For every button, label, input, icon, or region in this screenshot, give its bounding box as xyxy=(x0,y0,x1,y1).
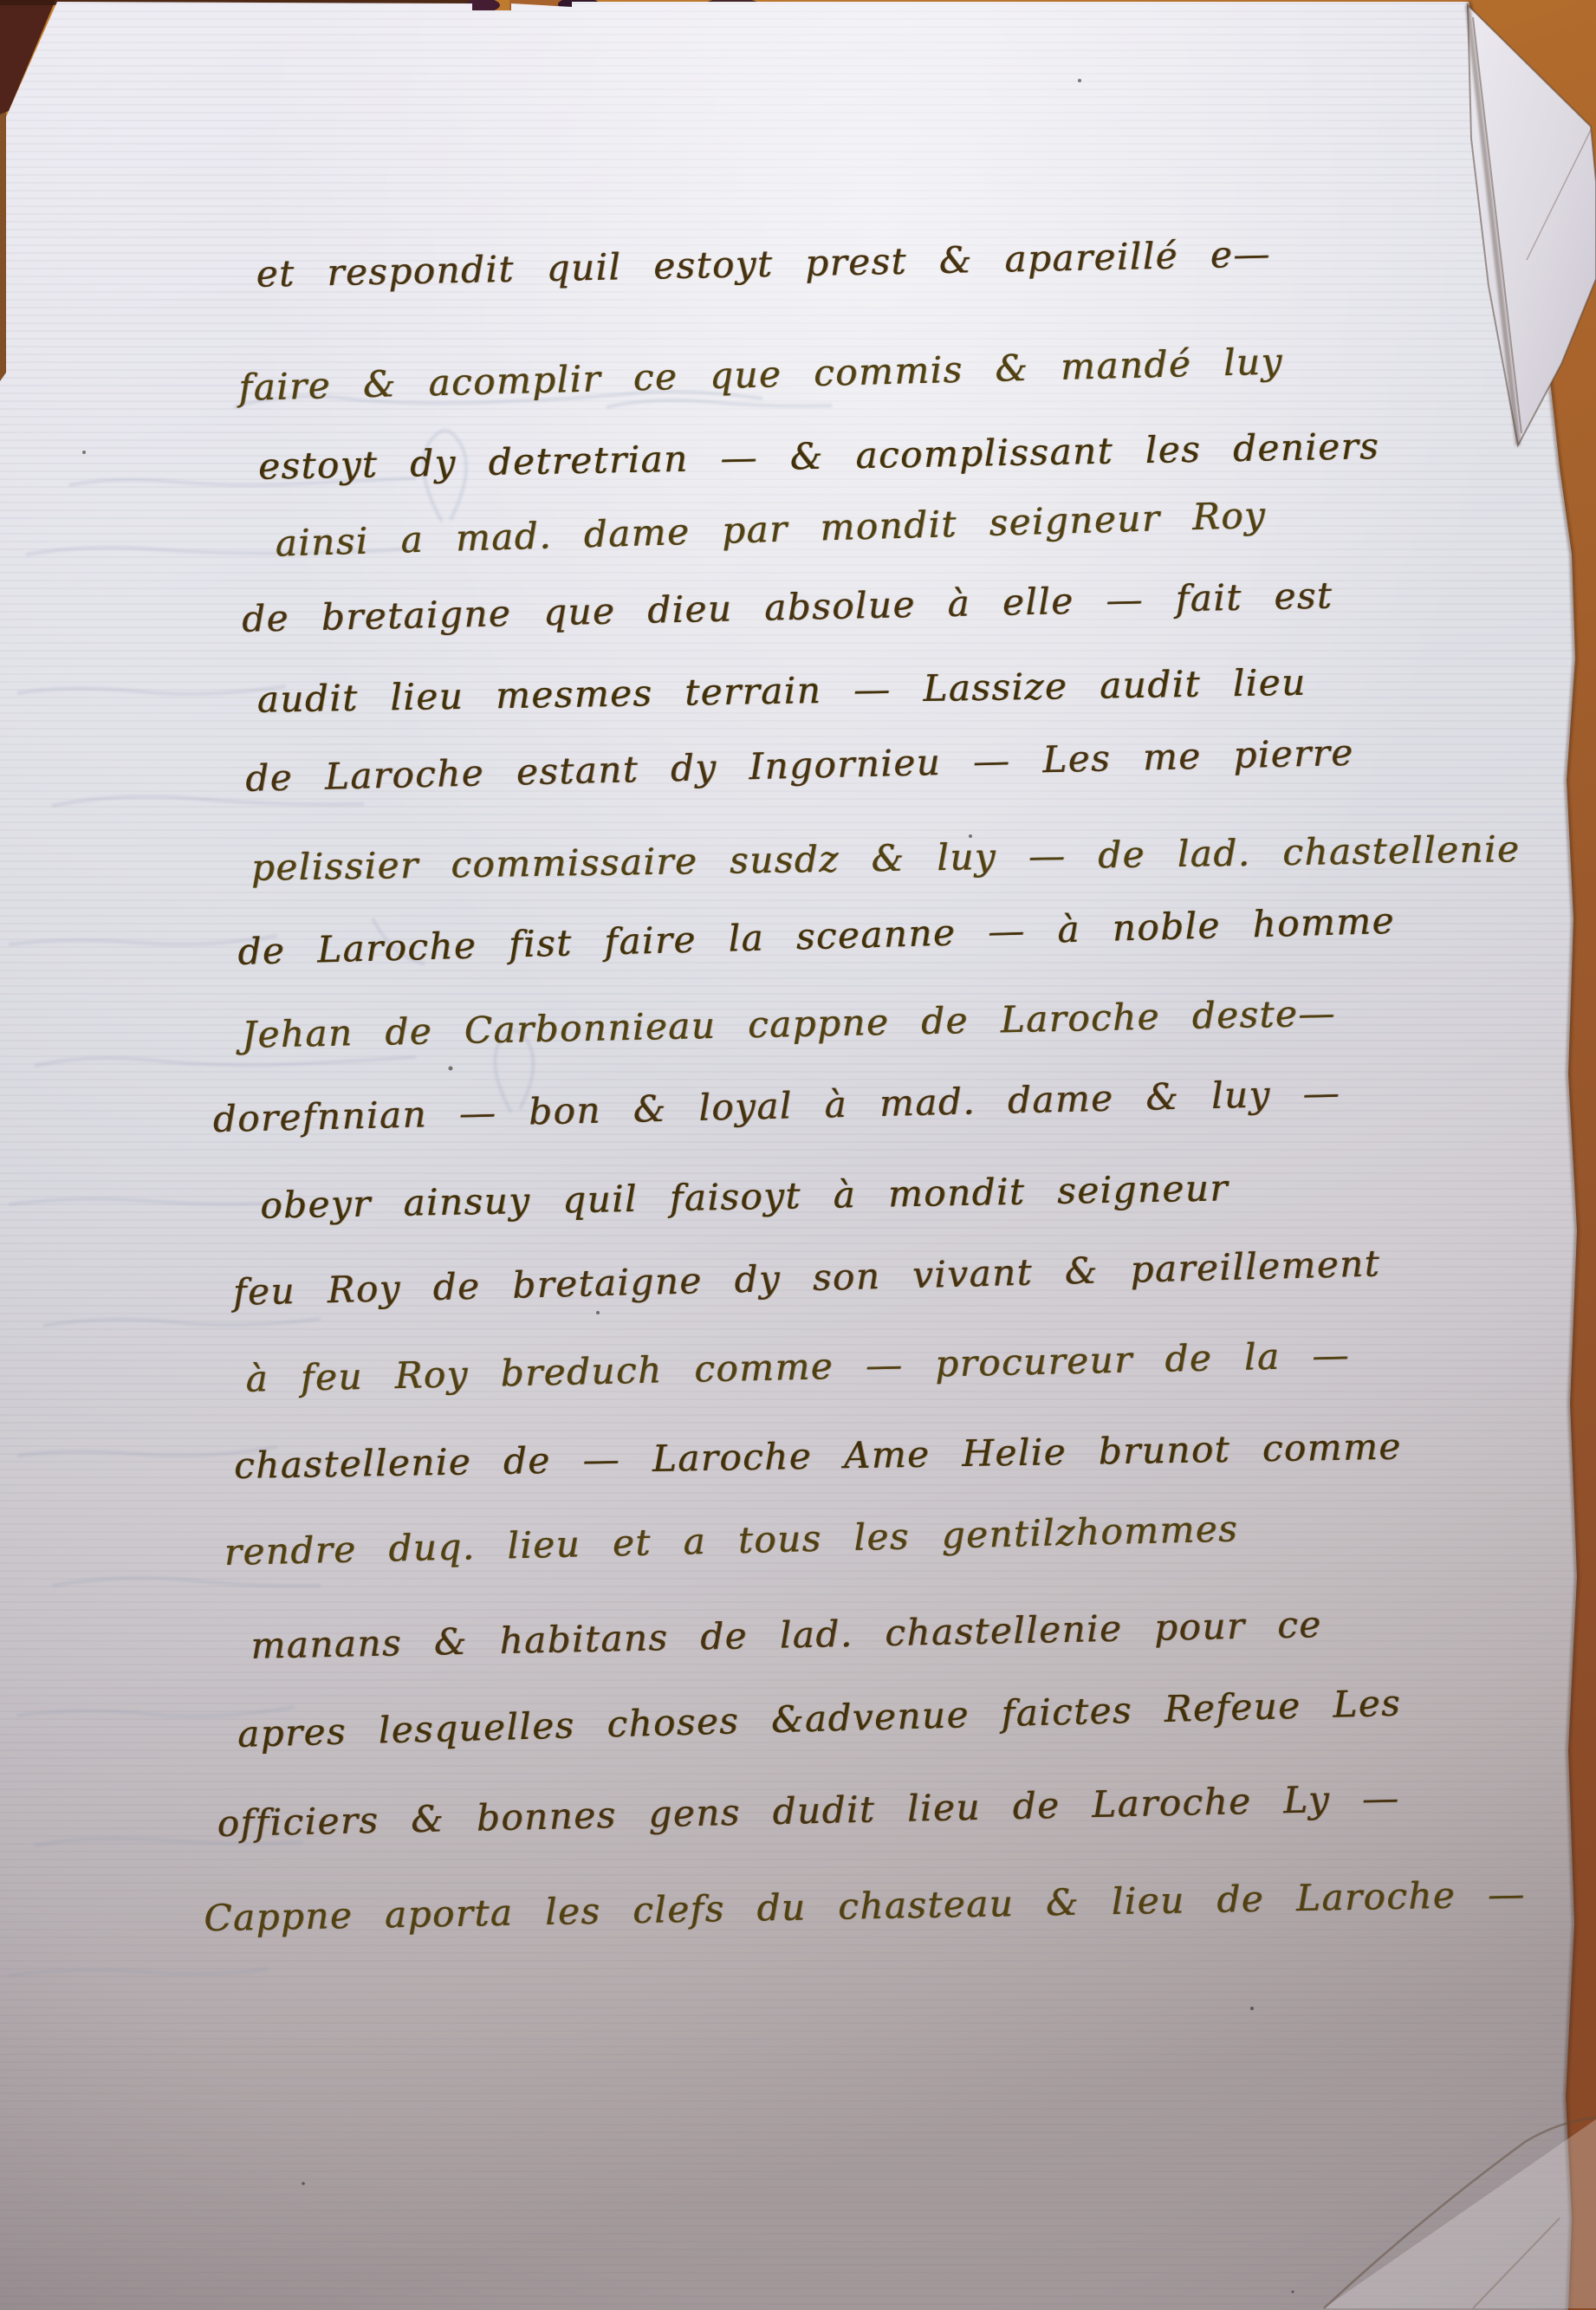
manuscript-line: faire & acomplir ce que commis & mandé l… xyxy=(238,335,1284,413)
manuscript-line: et respondit quil estoyt prest & apareil… xyxy=(256,228,1271,300)
manuscript-line: officiers & bonnes gens dudit lieu de La… xyxy=(217,1772,1400,1850)
manuscript-line: de Laroche estant dy Ingornieu — Les me … xyxy=(245,727,1355,805)
manuscript-line: Jehan de Carbonnieau cappne de Laroche d… xyxy=(242,988,1337,1061)
manuscript-line: pelissier commissaire susdz & luy — de l… xyxy=(251,823,1521,894)
manuscript-line: manans & habitans de lad. chastellenie p… xyxy=(250,1599,1322,1672)
manuscript-line: audit lieu mesmes terrain — Lassize audi… xyxy=(256,657,1307,726)
manuscript-line: obeyr ainsuy quil faisoyt à mondit seign… xyxy=(260,1162,1229,1231)
manuscript-line: estoyt dy detretrian — & acomplissant le… xyxy=(258,420,1380,493)
manuscript-line: ainsi a mad. dame par mondit seigneur Ro… xyxy=(275,490,1267,570)
manuscript-line: dorefnnian — bon & loyal à mad. dame & l… xyxy=(212,1067,1341,1145)
manuscript-line: feu Roy de bretaigne dy son vivant & par… xyxy=(232,1237,1381,1318)
manuscript-line: rendre duq. lieu et a tous les gentilzho… xyxy=(224,1502,1239,1579)
manuscript-line: de bretaigne que dieu absolue à elle — f… xyxy=(242,569,1333,645)
manuscript-line: apres lesquelles choses &advenue faictes… xyxy=(237,1677,1402,1761)
manuscript-photo: et respondit quil estoyt prest & apareil… xyxy=(0,0,1596,2310)
manuscript-line: chastellenie de — Laroche Ame Helie brun… xyxy=(234,1421,1402,1492)
manuscript-line: Cappne aporta les clefs du chasteau & li… xyxy=(204,1868,1526,1944)
manuscript-text: et respondit quil estoyt prest & apareil… xyxy=(0,0,1596,2310)
manuscript-line: de Laroche fist faire la sceanne — à nob… xyxy=(237,895,1396,978)
manuscript-line: à feu Roy breduch comme — procureur de l… xyxy=(245,1329,1351,1405)
